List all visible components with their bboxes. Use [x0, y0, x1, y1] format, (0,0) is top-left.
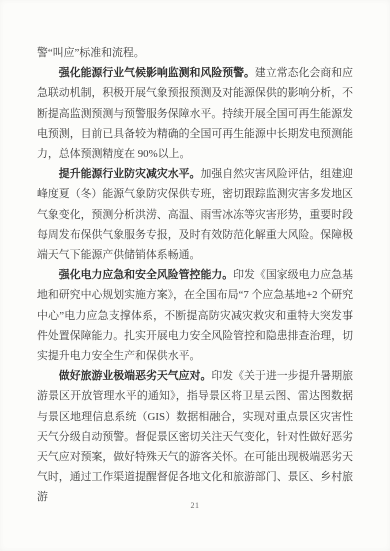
paragraph-energy-disaster-reduction: 提升能源行业防灾减灾水平。加强自然灾害风险评估，组建迎峰度夏（冬）能源气象防灾保… [37, 164, 353, 265]
page-number: 21 [0, 501, 390, 510]
paragraph-energy-climate-monitoring: 强化能源行业气候影响监测和风险预警。建立常态化会商和应急联动机制，积极开展气象预… [37, 63, 353, 164]
paragraph-body: 建立常态化会商和应急联动机制，积极开展气象预报预测及对能源保供的影响分析，不断提… [37, 67, 353, 160]
paragraph-power-emergency-control: 强化电力应急和安全风险管控能力。印发《国家级电力应急基地和研究中心规划实施方案》… [37, 265, 353, 366]
paragraph-continuation: 警“叫应”标准和流程。 [37, 43, 353, 63]
paragraph-body: 警“叫应”标准和流程。 [37, 47, 145, 59]
document-page: 警“叫应”标准和流程。 强化能源行业气候影响监测和风险预警。建立常态化会商和应急… [0, 0, 390, 551]
paragraph-tourism-extreme-weather: 做好旅游业极端恶劣天气应对。印发《关于进一步提升暑期旅游景区开放管理水平的通知》… [37, 366, 353, 507]
document-text-block: 警“叫应”标准和流程。 强化能源行业气候影响监测和风险预警。建立常态化会商和应急… [37, 43, 353, 508]
paragraph-lead: 强化能源行业气候影响监测和风险预警。 [59, 67, 255, 79]
paragraph-body: 印发《关于进一步提升暑期旅游景区开放管理水平的通知》，指导景区将卫星云图、雷达图… [37, 370, 353, 503]
paragraph-lead: 提升能源行业防灾减灾水平。 [59, 168, 201, 180]
paragraph-body: 加强自然灾害风险评估，组建迎峰度夏（冬）能源气象防灾保供专班，密切跟踪监测灾害多… [37, 168, 353, 261]
paragraph-lead: 做好旅游业极端恶劣天气应对。 [59, 370, 212, 382]
paragraph-body: 印发《国家级电力应急基地和研究中心规划实施方案》，在全国布局“7 个应急基地+2… [37, 269, 353, 362]
paragraph-lead: 强化电力应急和安全风险管控能力。 [59, 269, 233, 281]
